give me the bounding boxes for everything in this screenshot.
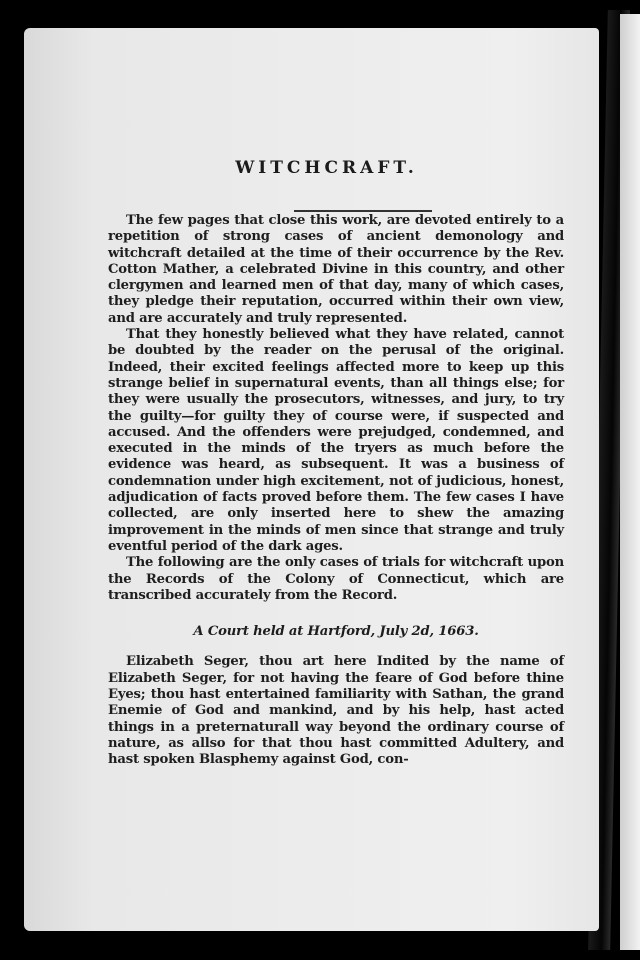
section-heading: A Court held at Hartford, July 2d, 1663. <box>108 624 564 640</box>
paragraph-belief: That they honestly believed what they ha… <box>108 327 564 555</box>
page-body: The few pages that close this work, are … <box>108 213 564 769</box>
paragraph-records: The following are the only cases of tria… <box>108 555 564 604</box>
facing-page-edge <box>620 14 640 950</box>
paragraph-intro: The few pages that close this work, are … <box>108 213 564 327</box>
page-title: WITCHCRAFT. <box>24 158 599 178</box>
paragraph-indictment: Elizabeth Seger, thou art here Indited b… <box>108 654 564 768</box>
title-rule-divider <box>294 210 432 212</box>
